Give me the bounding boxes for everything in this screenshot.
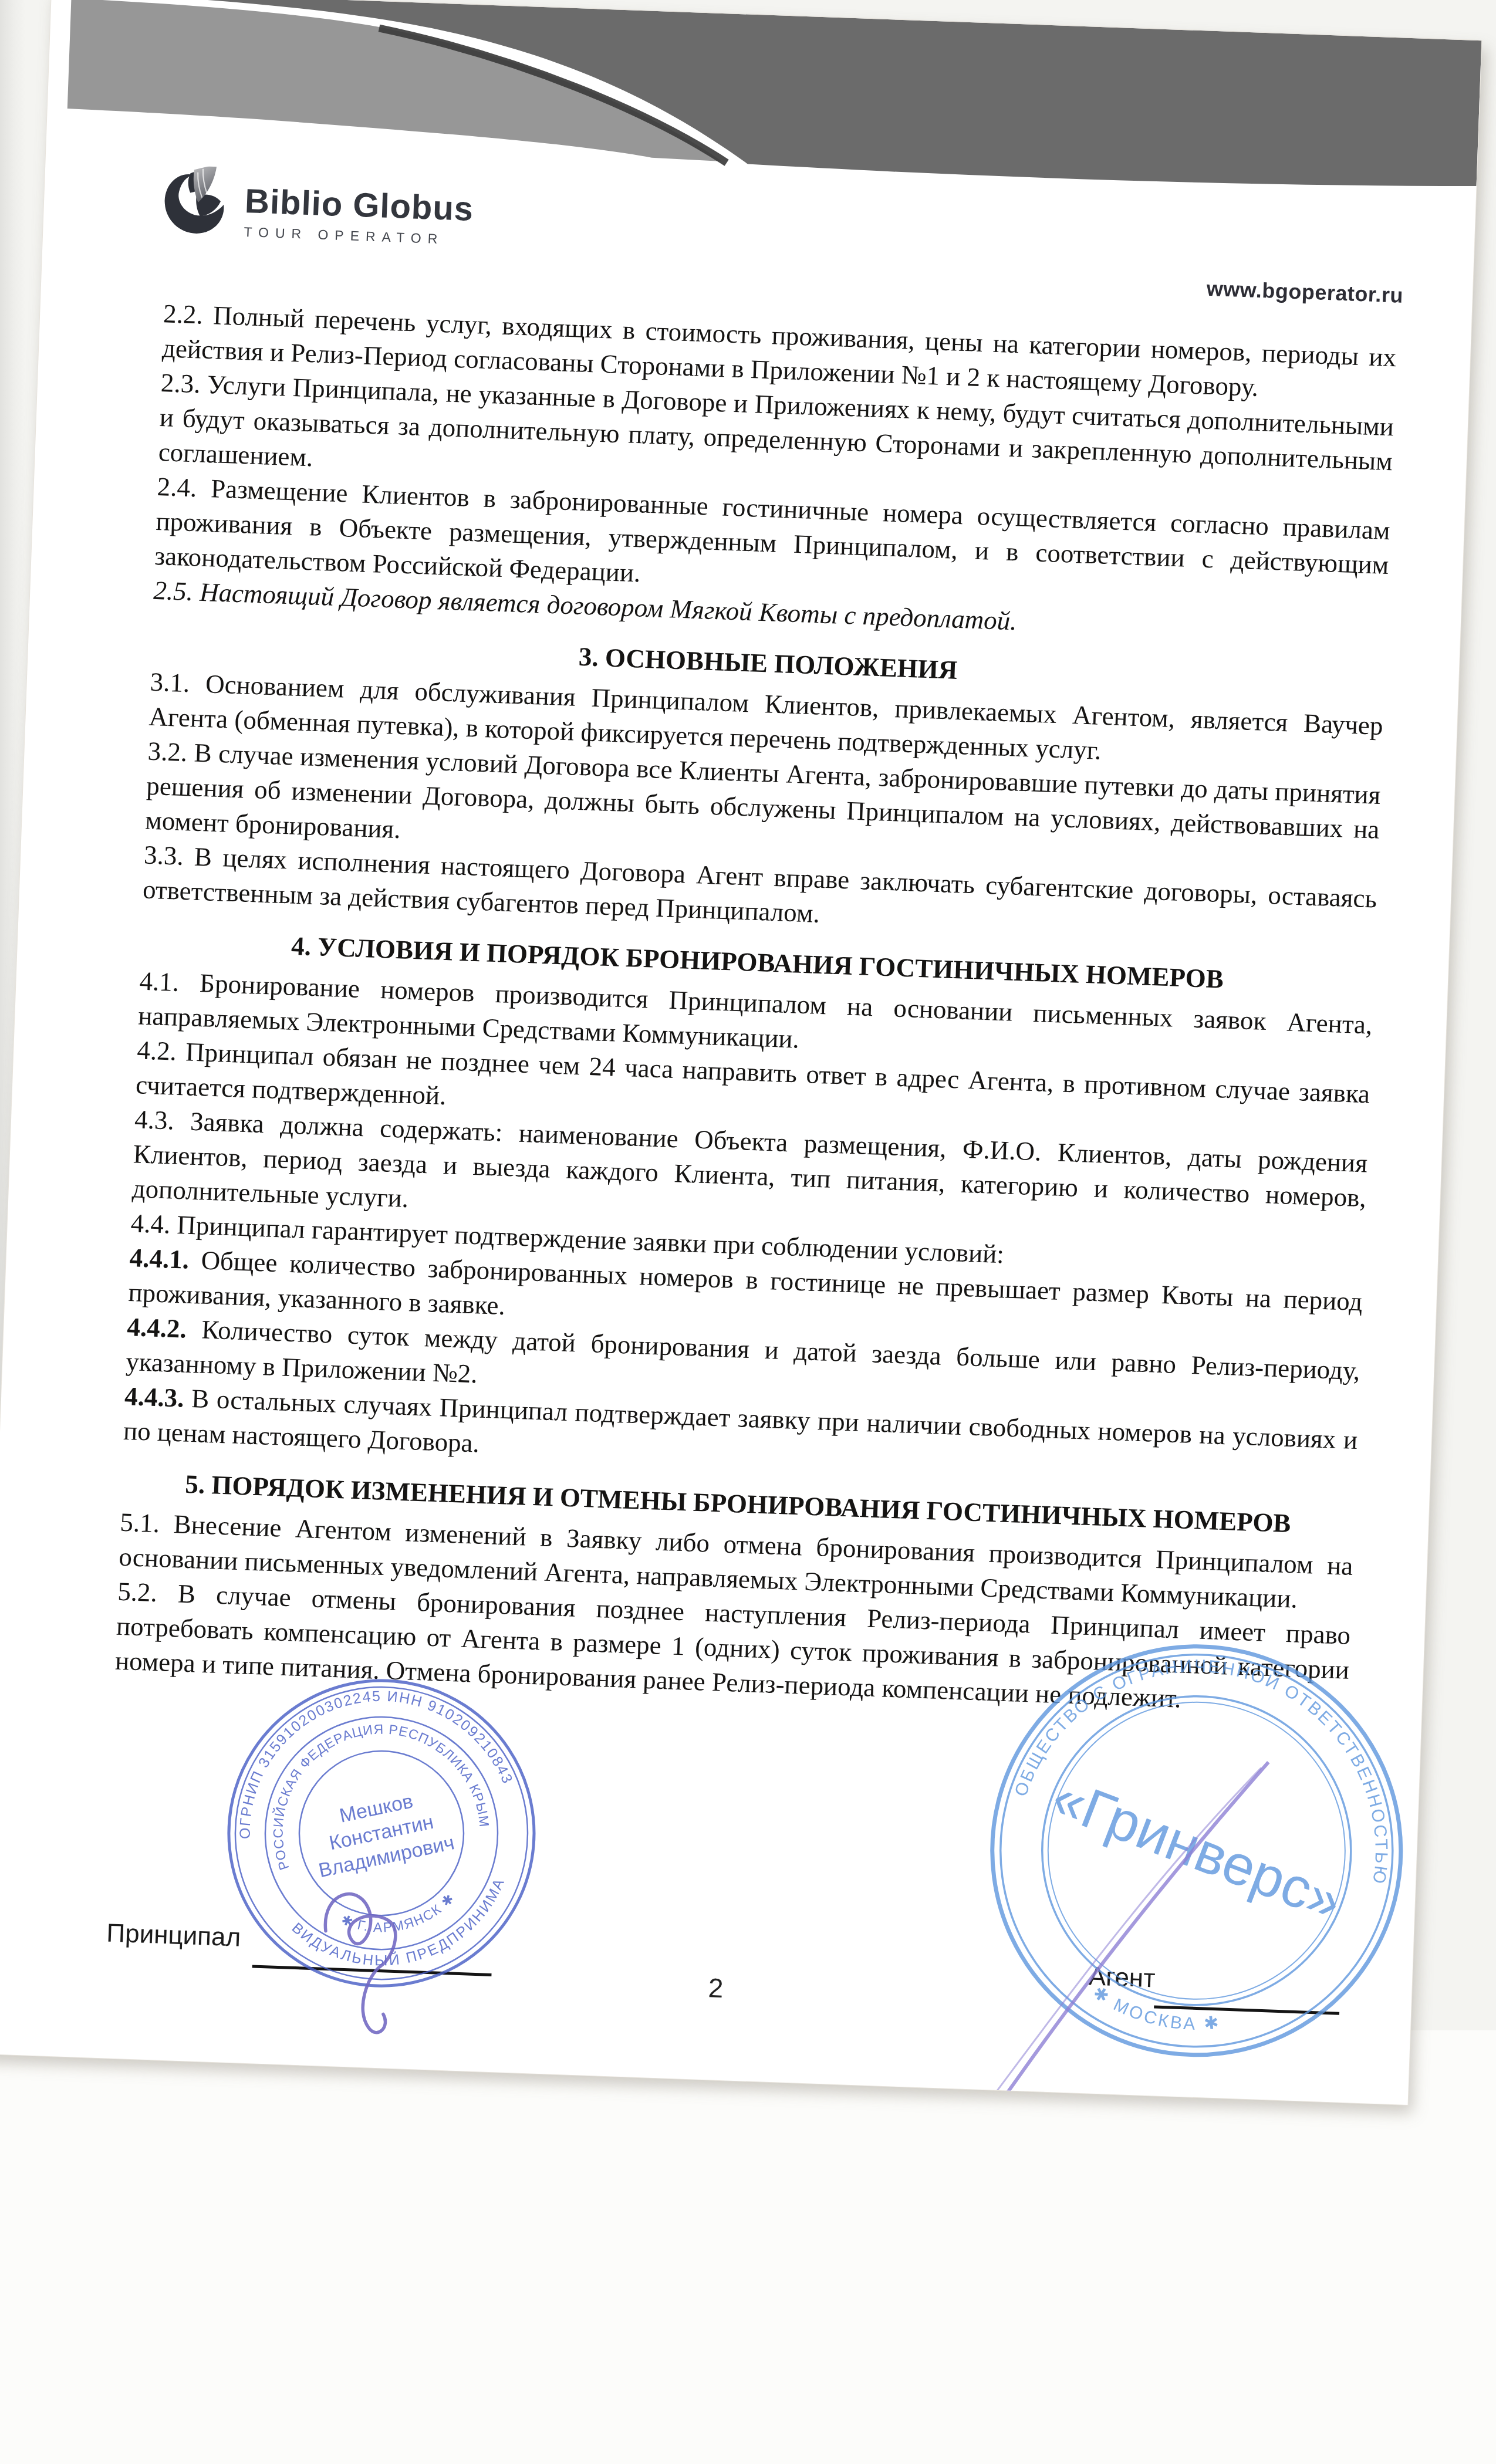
clause-number: 2.2. bbox=[163, 299, 214, 330]
clause-number: 3.1. bbox=[150, 667, 206, 698]
stamp-region-text: РОССИЙСКАЯ ФЕДЕРАЦИЯ РЕСПУБЛИКА КРЫМ bbox=[249, 1701, 493, 1872]
clause-number: 4.4. bbox=[130, 1208, 177, 1239]
principal-signature-line bbox=[252, 1965, 492, 1976]
agent-signature-line bbox=[1154, 2005, 1339, 2015]
clause-number: 2.4. bbox=[157, 472, 211, 503]
stamp-name-line1: Мешков bbox=[337, 1790, 415, 1827]
document-body: 2.2. Полный перечень услуг, входящих в с… bbox=[114, 296, 1397, 1722]
clause-number: 2.5. bbox=[153, 576, 200, 607]
clause-number: 4.4.2. bbox=[127, 1312, 202, 1344]
stamp-name-line2: Константин bbox=[327, 1811, 435, 1855]
principal-signature-label: Принципал bbox=[106, 1918, 241, 1952]
logo-subtitle: TOUR OPERATOR bbox=[244, 224, 473, 248]
stamp-city-text: ✱ Г. АРМЯНСК ✱ bbox=[336, 1888, 462, 1945]
clause-number: 4.4.3. bbox=[124, 1381, 192, 1413]
clause-number: 4.3. bbox=[134, 1104, 191, 1135]
clause-number: 3.3. bbox=[143, 840, 195, 871]
logo-title: Biblio Globus bbox=[244, 184, 474, 227]
principal-signature-stroke bbox=[322, 1893, 397, 2033]
agent-signature-stroke bbox=[950, 1752, 1269, 2105]
clause-number: 5.2. bbox=[117, 1577, 178, 1608]
stamp-name-line3: Владимирович bbox=[316, 1831, 456, 1882]
website-url[interactable]: www.bgoperator.ru bbox=[1206, 276, 1403, 308]
brand-text: Biblio Globus TOUR OPERATOR bbox=[244, 168, 475, 248]
svg-text:✱ Г. АРМЯНСК ✱: ✱ Г. АРМЯНСК ✱ bbox=[336, 1888, 462, 1945]
clause-number: 4.2. bbox=[137, 1035, 187, 1066]
clause-number: 5.1. bbox=[120, 1508, 174, 1539]
clause-number: 4.4.1. bbox=[129, 1243, 202, 1275]
brand-block: Biblio Globus TOUR OPERATOR bbox=[159, 165, 475, 251]
biblio-globus-logo-icon bbox=[159, 165, 231, 242]
page-number: 2 bbox=[708, 1972, 724, 2004]
document-page: Biblio Globus TOUR OPERATOR www.bgoperat… bbox=[0, 0, 1481, 2105]
agent-signature-label: Агент bbox=[1088, 1962, 1156, 1993]
stamp-company-name: «Гринверс» bbox=[1044, 1766, 1350, 1934]
clause-number: 3.2. bbox=[147, 736, 195, 768]
clause-number: 4.1. bbox=[139, 966, 200, 998]
svg-text:РОССИЙСКАЯ ФЕДЕРАЦИЯ РЕСПУБЛИК: РОССИЙСКАЯ ФЕДЕРАЦИЯ РЕСПУБЛИКА КРЫМ bbox=[249, 1701, 493, 1872]
clause-number: 2.3. bbox=[160, 368, 208, 399]
